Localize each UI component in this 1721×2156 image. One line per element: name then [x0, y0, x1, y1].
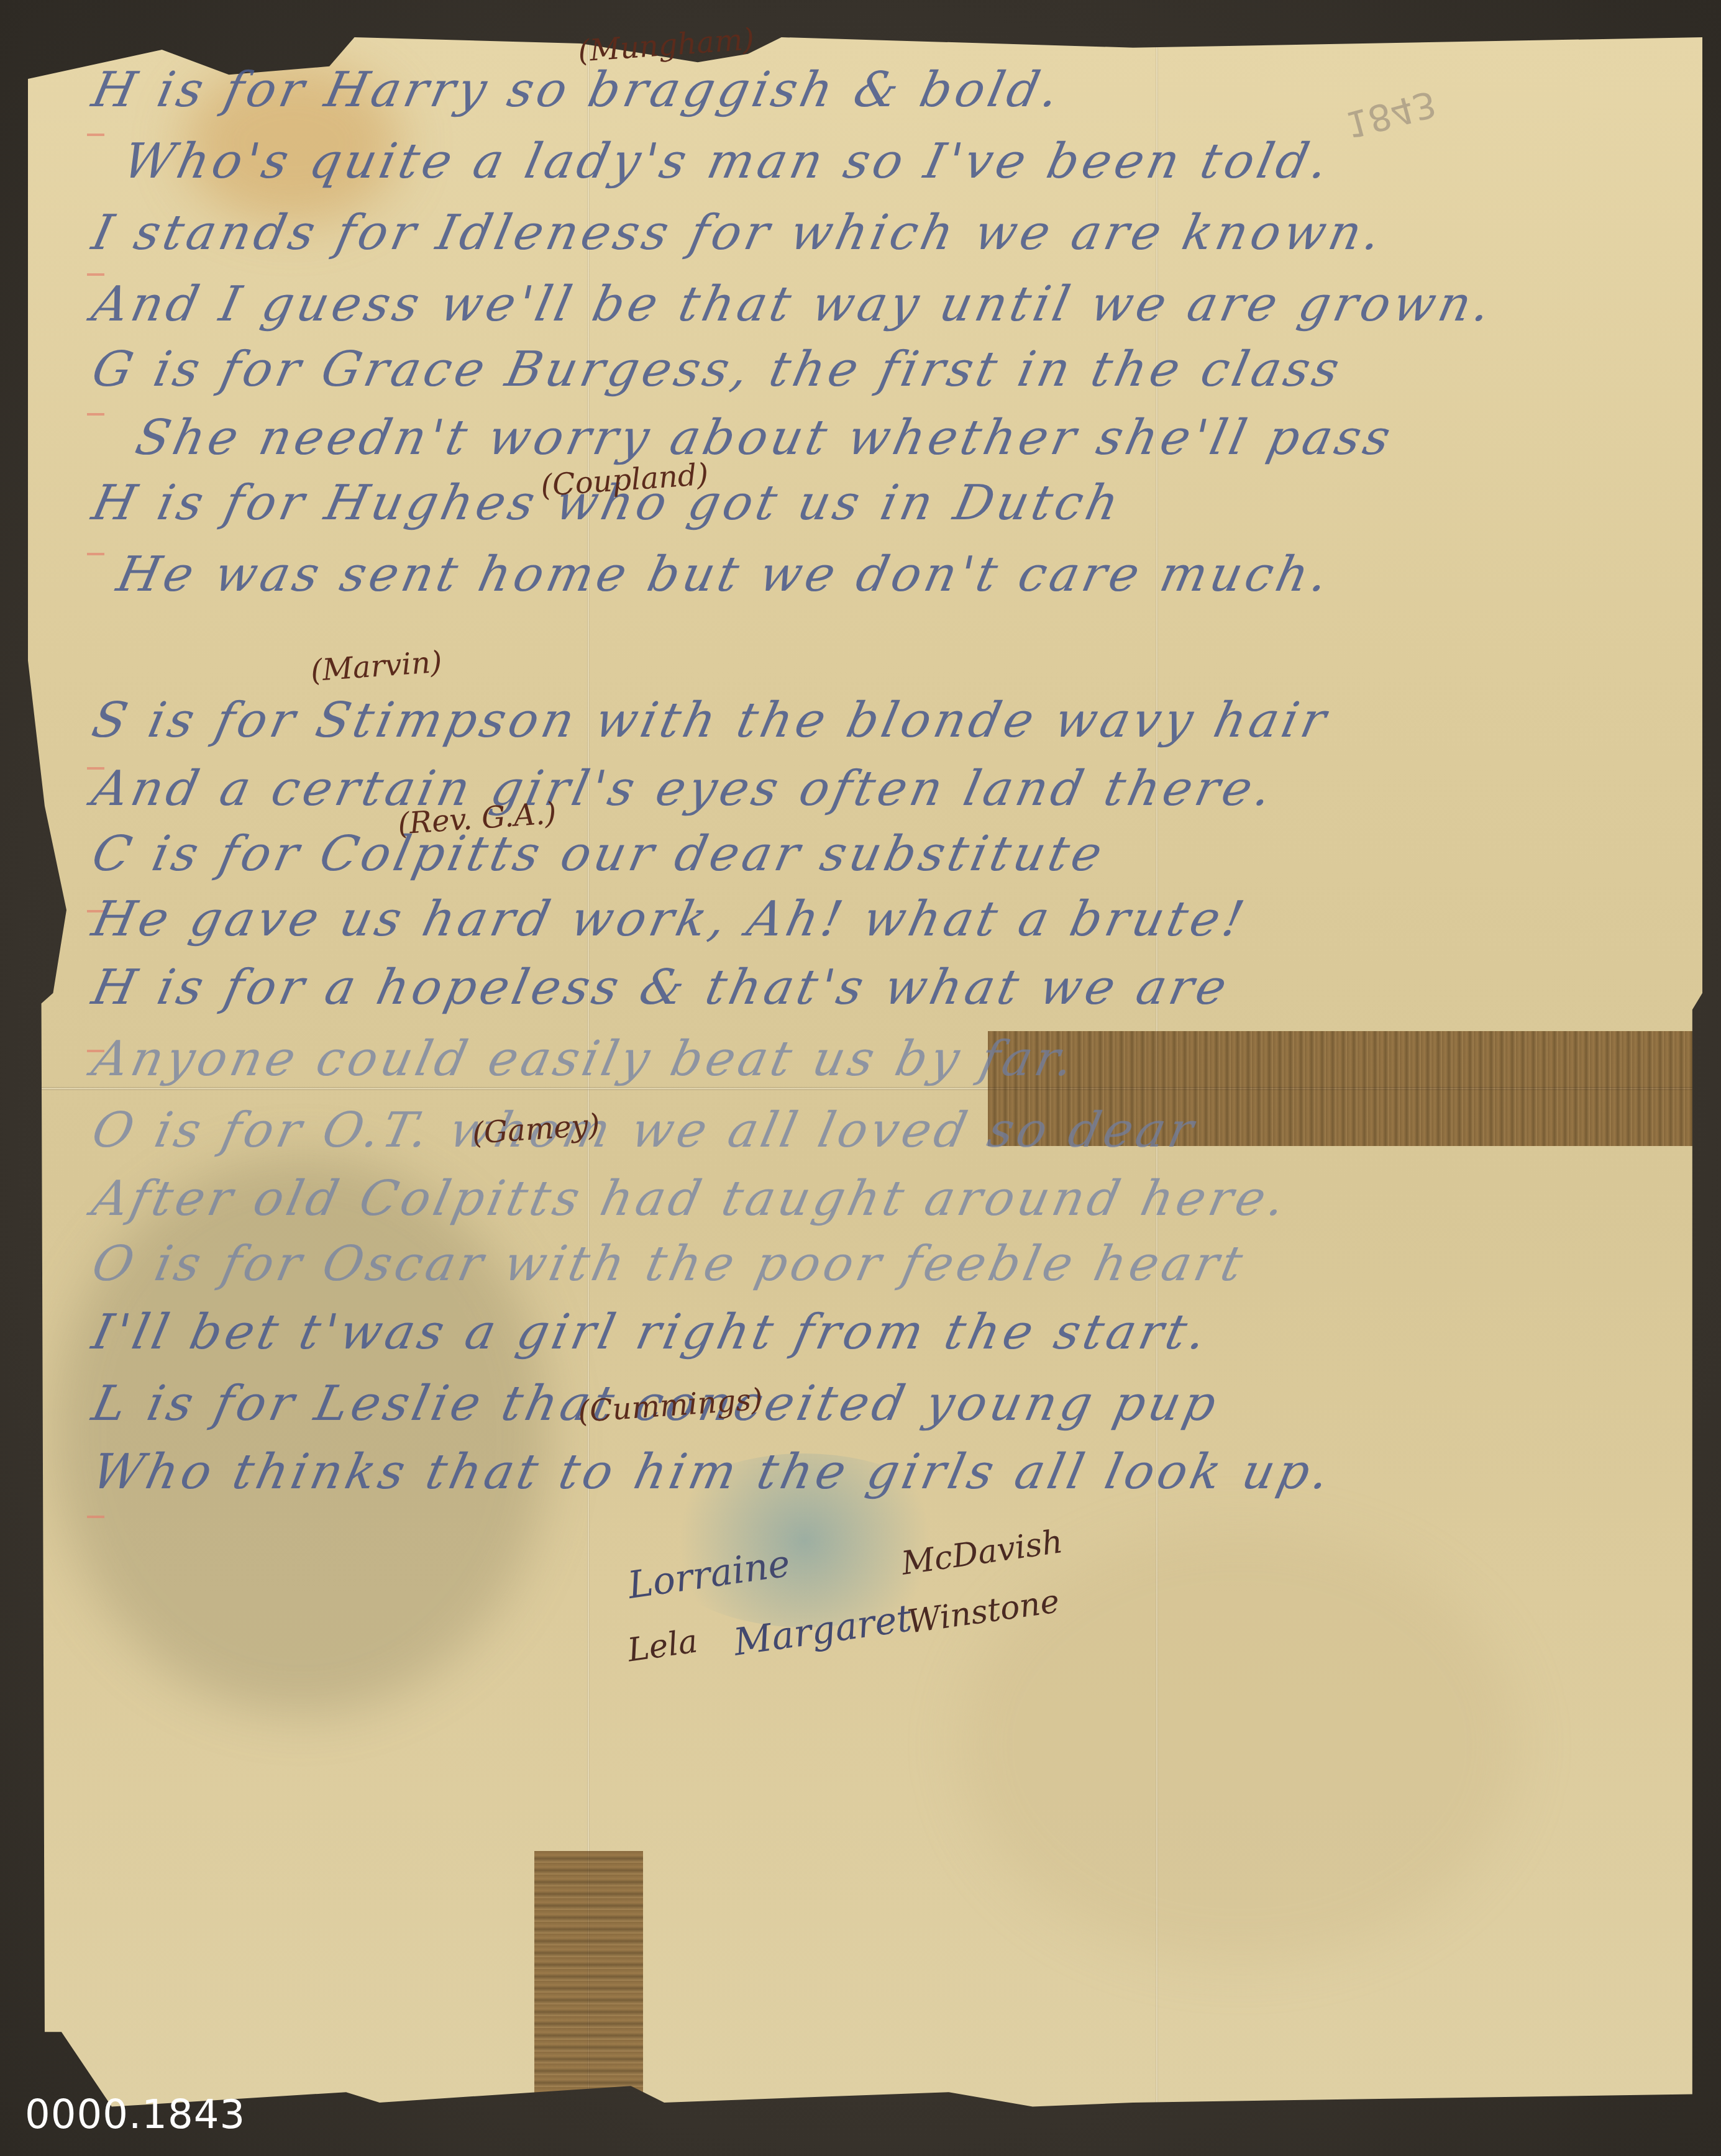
margin-tick — [87, 273, 104, 276]
margin-tick — [87, 413, 104, 416]
poem-line: C is for Colpitts our dear substitute — [87, 826, 1110, 882]
poem-line: And I guess we'll be that way until we a… — [87, 276, 1499, 332]
poem-line: H is for a hopeless & that's what we are — [87, 960, 1235, 1016]
poem-line: After old Colpitts had taught around her… — [87, 1171, 1294, 1227]
margin-tick — [87, 553, 104, 555]
poem-line: Anyone could easily beat us by far. — [87, 1031, 1082, 1087]
signature-first-name: Lela — [625, 1622, 700, 1669]
poem-line: Who thinks that to him the girls all loo… — [87, 1444, 1338, 1500]
poem-line: I stands for Idleness for which we are k… — [87, 205, 1389, 261]
signature-first-name: Lorraine — [625, 1542, 793, 1608]
poem-line: Who's quite a lady's man so I've been to… — [118, 134, 1336, 189]
signature-surname: Winstone — [905, 1583, 1062, 1641]
poem-line: O is for Oscar with the poor feeble hear… — [87, 1236, 1251, 1292]
accession-number-label: 0000.1843 — [25, 2092, 245, 2138]
poem-line: He gave us hard work, Ah! what a brute! — [87, 891, 1252, 947]
signature-surname: McDavish — [899, 1523, 1065, 1583]
poem-line: She needn't worry about whether she'll p… — [130, 410, 1399, 466]
poem-line: S is for Stimpson with the blonde wavy h… — [87, 693, 1334, 748]
margin-tick — [87, 134, 104, 136]
poem-line: O is for O.T. whom we all loved so dear — [87, 1103, 1202, 1158]
poem-line: I'll bet t'was a girl right from the sta… — [87, 1304, 1215, 1360]
poem-line: He was sent home but we don't care much. — [112, 547, 1336, 603]
name-annotation: (Marvin) — [309, 645, 443, 689]
margin-tick — [87, 1516, 104, 1518]
poem-line: G is for Grace Burgess, the first in the… — [87, 342, 1348, 398]
poem-line: H is for Harry so braggish & bold. — [87, 62, 1067, 118]
poem-body: H is for Harry so braggish & bold. Who's… — [0, 0, 1721, 2156]
poem-line: And a certain girl's eyes often land the… — [87, 761, 1280, 817]
signature-middle-name: Margaret — [731, 1596, 915, 1664]
